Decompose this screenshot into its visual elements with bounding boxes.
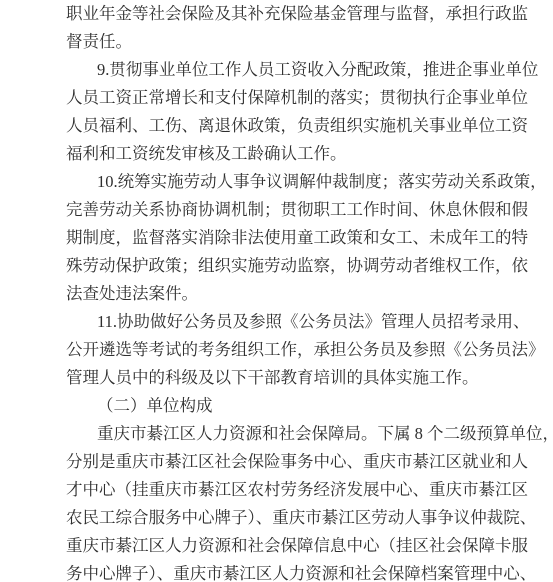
para-item-9-salary-policy-line-4: 福利和工资统发审核及工龄确认工作。 — [66, 140, 516, 168]
heading-unit-composition-line-1: （二）单位构成 — [66, 392, 516, 420]
para-pension-supervision-line-1: 职业年金等社会保险及其补充保险基金管理与监督，承担行政监 — [66, 0, 516, 28]
para-item-10-labor-relations-line-4: 殊劳动保护政策；组织实施劳动监察，协调劳动者维权工作，依 — [66, 252, 516, 280]
para-item-10-labor-relations-line-2: 完善劳动关系协商协调机制；贯彻职工工作时间、休息休假和假 — [66, 196, 516, 224]
para-item-10-labor-relations-line-3: 期制度，监督落实消除非法使用童工政策和女工、未成年工的特 — [66, 224, 516, 252]
para-unit-list-line-6: 务中心牌子）、重庆市綦江区人力资源和社会保障档案管理中心、 — [66, 560, 516, 582]
document-page: 职业年金等社会保险及其补充保险基金管理与监督，承担行政监督责任。9.贯彻事业单位… — [0, 0, 553, 582]
para-item-11-civil-servants-line-2: 公开遴选等考试的考务组织工作，承担公务员及参照《公务员法》 — [66, 336, 516, 364]
para-unit-list-line-3: 才中心（挂重庆市綦江区农村劳务经济发展中心、重庆市綦江区 — [66, 476, 516, 504]
para-unit-list-line-5: 重庆市綦江区人力资源和社会保障信息中心（挂区社会保障卡服 — [66, 532, 516, 560]
para-unit-list-line-2: 分别是重庆市綦江区社会保险事务中心、重庆市綦江区就业和人 — [66, 448, 516, 476]
para-item-10-labor-relations-line-1: 10.统筹实施劳动人事争议调解仲裁制度；落实劳动关系政策， — [66, 168, 516, 196]
para-item-9-salary-policy-line-2: 人员工资正常增长和支付保障机制的落实；贯彻执行企事业单位 — [66, 84, 516, 112]
para-pension-supervision-line-2: 督责任。 — [66, 28, 516, 56]
para-unit-list-line-4: 农民工综合服务中心牌子）、重庆市綦江区劳动人事争议仲裁院、 — [66, 504, 516, 532]
para-item-10-labor-relations-line-5: 法查处违法案件。 — [66, 280, 516, 308]
para-unit-list-line-1: 重庆市綦江区人力资源和社会保障局。下属 8 个二级预算单位， — [66, 420, 516, 448]
para-item-11-civil-servants-line-3: 管理人员中的科级及以下干部教育培训的具体实施工作。 — [66, 364, 516, 392]
para-item-9-salary-policy-line-3: 人员福利、工伤、离退休政策，负责组织实施机关事业单位工资 — [66, 112, 516, 140]
para-item-9-salary-policy-line-1: 9.贯彻事业单位工作人员工资收入分配政策，推进企事业单位 — [66, 56, 516, 84]
para-item-11-civil-servants-line-1: 11.协助做好公务员及参照《公务员法》管理人员招考录用、 — [66, 308, 516, 336]
document-text-block: 职业年金等社会保险及其补充保险基金管理与监督，承担行政监督责任。9.贯彻事业单位… — [66, 0, 516, 582]
